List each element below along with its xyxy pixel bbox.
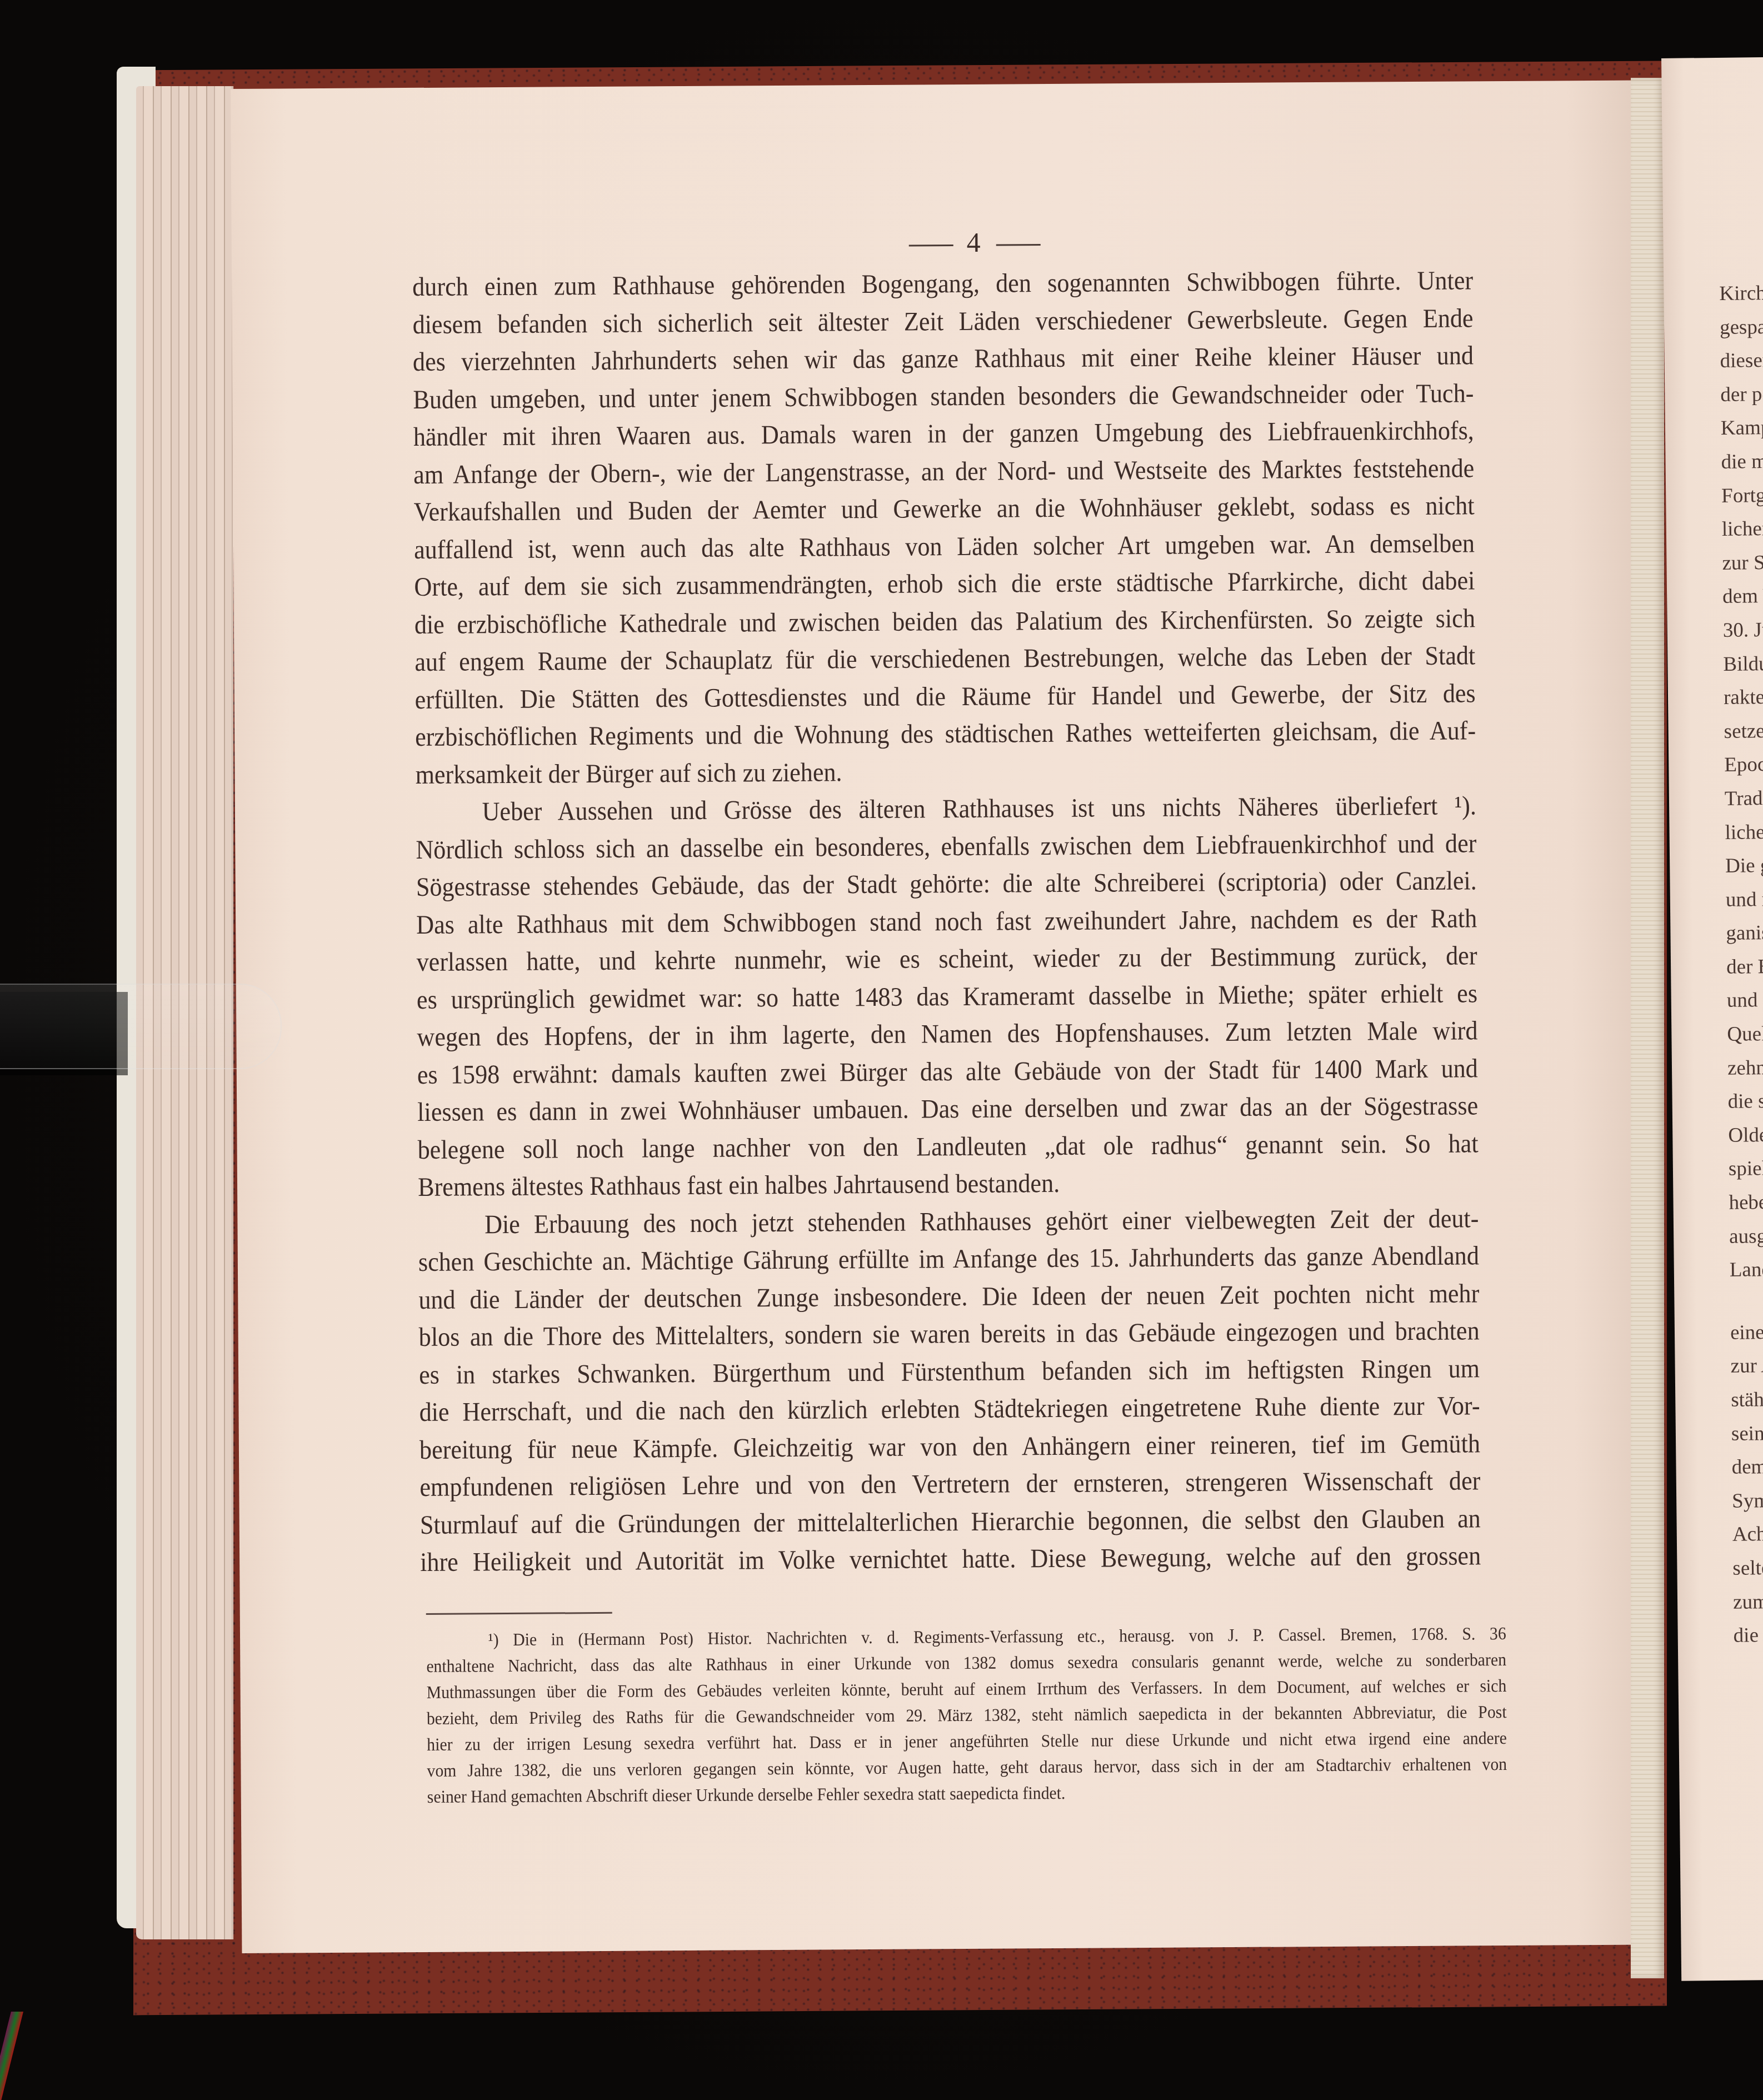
facing-line: Fortga xyxy=(1721,478,1763,513)
body-line: Nördlich schloss sich an dasselbe ein be… xyxy=(416,825,1476,869)
body-line: erzbischöflichen Regiments und die Wohnu… xyxy=(415,712,1476,756)
body-line: auffallend ist, wenn auch das alte Rathh… xyxy=(414,525,1475,568)
facing-line: zur An xyxy=(1730,1349,1763,1384)
footnote-divider xyxy=(426,1612,612,1615)
facing-line: dieser C xyxy=(1720,344,1763,378)
body-line: Bremens ältestes Rathhaus fast ein halbe… xyxy=(418,1162,1479,1206)
body-line: händler mit ihren Waaren aus. Damals war… xyxy=(413,412,1474,456)
body-line: bereitung für neue Kämpfe. Gleichzeitig … xyxy=(419,1425,1480,1469)
body-line: wegen des Hopfens, der in ihm lagerte, d… xyxy=(417,1012,1477,1056)
body-line: empfundenen religiösen Lehre und von den… xyxy=(419,1462,1480,1506)
facing-line: Kampf xyxy=(1721,411,1763,446)
page-number-value: 4 xyxy=(967,227,983,258)
body-text: durch einen zum Rathhause gehörenden Bog… xyxy=(412,262,1481,1581)
facing-line: hebend xyxy=(1729,1185,1763,1220)
body-line: belegene soll noch lange nachher von den… xyxy=(417,1125,1478,1169)
body-line: schen Geschichte an. Mächtige Gährung er… xyxy=(418,1237,1479,1281)
facing-line: spielig xyxy=(1729,1152,1763,1186)
facing-line: Landes xyxy=(1730,1253,1763,1288)
body-line: am Anfange der Obern-, wie der Langenstr… xyxy=(413,450,1474,493)
facing-line: sein eig xyxy=(1731,1416,1763,1451)
body-line: die Herrschaft, und die nach den kürzlic… xyxy=(419,1387,1480,1431)
body-line: durch einen zum Rathhause gehörenden Bog… xyxy=(412,262,1473,306)
facing-line: der pol xyxy=(1720,377,1763,412)
body-line: auf engem Raume der Schauplatz für die v… xyxy=(414,637,1475,681)
paragraph-start-line: Die Erbauung des noch jetzt stehenden Ra… xyxy=(418,1200,1479,1244)
body-line: des vierzehnten Jahrhunderts sehen wir d… xyxy=(413,337,1474,381)
facing-line: Kirchenv xyxy=(1719,276,1763,311)
book-page: 4 durch einen zum Rathhause gehörenden B… xyxy=(231,81,1647,1953)
body-line: erfüllten. Die Stätten des Gottesdienste… xyxy=(415,675,1476,719)
body-line: ihre Heiligkeit und Autorität im Volke v… xyxy=(420,1537,1481,1581)
facing-line: zum Gru xyxy=(1733,1585,1763,1619)
facing-line: setzen xyxy=(1724,714,1763,749)
facing-line: zur St xyxy=(1722,546,1763,580)
facing-paragraph-gap xyxy=(1730,1286,1763,1316)
facing-line: Tradit xyxy=(1725,781,1763,816)
facing-line: stählend xyxy=(1731,1383,1763,1417)
facing-line: die auf e xyxy=(1733,1619,1763,1653)
facing-page-text: Kirchenv gespannt dieser C der pol Kampf… xyxy=(1719,276,1763,1653)
facing-line: Achtung xyxy=(1732,1518,1763,1552)
body-line: Das alte Rathhaus mit dem Schwibbogen st… xyxy=(416,900,1477,944)
facing-line: dem die xyxy=(1731,1450,1763,1485)
footnotes: ¹) Die in (Hermann Post) Histor. Nachric… xyxy=(426,1620,1507,1810)
body-line: merksamkeit der Bürger auf sich zu ziehe… xyxy=(415,750,1476,794)
body-line: die erzbischöfliche Kathedrale und zwisc… xyxy=(414,600,1475,644)
facing-line: dem V xyxy=(1722,580,1763,614)
facing-line: zehnte xyxy=(1727,1051,1763,1085)
body-line: es in starkes Schwanken. Bürgerthum und … xyxy=(419,1350,1480,1394)
facing-line: ganisa xyxy=(1726,916,1763,951)
facing-line: die mit xyxy=(1721,445,1763,479)
facing-line: 30. Ju xyxy=(1722,613,1763,647)
facing-line: Bildun xyxy=(1723,647,1763,681)
facing-line: die se xyxy=(1727,1085,1763,1119)
body-line: Buden umgeben, und unter jenem Schwibbog… xyxy=(413,375,1474,418)
facing-line: und i xyxy=(1726,984,1763,1018)
facing-line: der B xyxy=(1726,950,1763,984)
facing-line: Die g xyxy=(1725,849,1763,884)
facing-line: licher xyxy=(1722,512,1763,547)
facing-line: ausges xyxy=(1729,1219,1763,1254)
acrylic-page-clip xyxy=(0,984,282,1069)
facing-line: und n xyxy=(1726,882,1763,917)
body-line: und die Länder der deutschen Zunge insbe… xyxy=(418,1275,1479,1319)
paragraph-start-line: Ueber Aussehen und Grösse des älteren Ra… xyxy=(416,787,1476,831)
body-line: Sögestrasse stehendes Gebäude, das der S… xyxy=(416,862,1477,906)
facing-line: lichen xyxy=(1725,815,1763,850)
body-line: Verkaufshallen und Buden der Aemter und … xyxy=(413,487,1474,531)
body-line: Sturmlauf auf die Gründungen der mittela… xyxy=(420,1500,1481,1544)
facing-line: eine Ze xyxy=(1730,1315,1763,1350)
facing-line: Olden xyxy=(1728,1118,1763,1153)
facing-line: gespannt xyxy=(1720,310,1763,345)
page-number-dash-left xyxy=(909,245,953,246)
facing-line: selten bl xyxy=(1732,1551,1763,1585)
body-line: liessen es dann in zwei Wohnhäuser umbau… xyxy=(417,1087,1478,1131)
spine-gutter xyxy=(1631,78,1664,1978)
body-line: verlassen hatte, und kehrte nunmehr, wie… xyxy=(416,937,1477,981)
body-line: diesem befanden sich sicherlich seit ält… xyxy=(412,300,1473,343)
body-line: es ursprünglich gewidmet war: so hatte 1… xyxy=(417,975,1477,1019)
facing-line: rakter xyxy=(1724,681,1763,715)
facing-line: Quelle xyxy=(1727,1017,1763,1051)
facing-line: Symbol xyxy=(1732,1484,1763,1518)
body-line: es 1598 erwähnt: damals kauften zwei Bür… xyxy=(417,1050,1478,1094)
body-line: blos an die Thore des Mittelalters, sond… xyxy=(419,1312,1480,1356)
body-line: Orte, auf dem sie sich zusammendrängten,… xyxy=(414,562,1475,606)
page-number-dash-right xyxy=(996,244,1041,246)
facing-line: Epoch xyxy=(1724,748,1763,782)
page-number: 4 xyxy=(896,226,1054,259)
